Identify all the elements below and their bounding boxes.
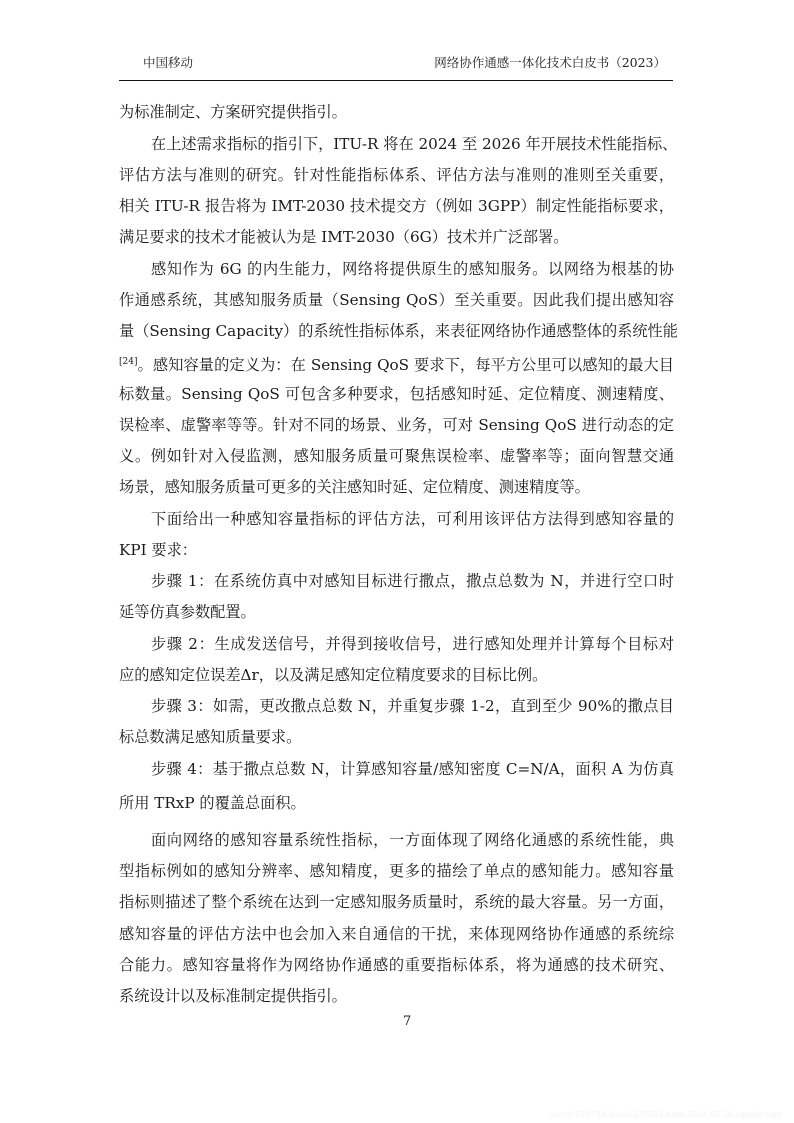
text-line: [24]。感知容量的定义为：在 Sensing QoS 要求下，每平方公里可以感… (119, 351, 674, 373)
text-line-content: 作通感系统，其感知服务质量（Sensing QoS）至关重要。因此我们提出感知容 (119, 291, 674, 309)
text-line-content: 步骤 1：在系统仿真中对感知目标进行撒点，撒点总数为 N，并进行空口时 (151, 572, 674, 590)
text-line-content: 型指标例如的感知分辨率、感知精度，更多的描绘了单点的感知能力。感知容量 (119, 862, 674, 880)
text-line: 所用 TRxP 的覆盖总面积。 (119, 792, 674, 814)
text-line-content: 评估方法与准则的研究。针对性能指标体系、评估方法与准则的准则至关重要， (119, 166, 674, 184)
text-line-content: 为标准制定、方案研究提供指引。 (119, 103, 347, 121)
text-line: 型指标例如的感知分辨率、感知精度，更多的描绘了单点的感知能力。感知容量 (119, 860, 674, 882)
text-line-content: 量（Sensing Capacity）的系统性指标体系，来表征网络协作通感整体的… (119, 322, 678, 340)
text-line-content: 合能力。感知容量将作为网络协作通感的重要指标体系，将为通感的技术研究、 (119, 956, 674, 974)
header-document-title: 网络协作通感一体化技术白皮书（2023） (434, 53, 666, 71)
text-line-content: KPI 要求： (119, 541, 197, 559)
text-line-content: 应的感知定位误差Δr，以及满足感知定位精度要求的目标比例。 (119, 666, 547, 684)
text-line-content: 满足要求的技术才能被认为是 IMT-2030（6G）技术并广泛部署。 (119, 228, 568, 246)
text-line: 量（Sensing Capacity）的系统性指标体系，来表征网络协作通感整体的… (119, 320, 674, 342)
text-line-content: 。感知容量的定义为：在 Sensing QoS 要求下，每平方公里可以感知的最大… (137, 356, 674, 374)
text-line: 延等仿真参数配置。 (119, 601, 674, 623)
text-line: 在上述需求指标的指引下，ITU-R 将在 2024 至 2026 年开展技术性能… (151, 133, 674, 155)
text-line-content: 步骤 3：如需，更改撒点总数 N，并重复步骤 1-2，直到至少 90%的撒点目 (151, 697, 674, 715)
text-line: 场景，感知服务质量可更多的关注感知时延、定位精度、测速精度等。 (119, 476, 674, 498)
text-line-content: 步骤 2：生成发送信号，并得到接收信号，进行感知处理并计算每个目标对 (151, 635, 674, 653)
text-line: 应的感知定位误差Δr，以及满足感知定位精度要求的目标比例。 (119, 664, 674, 686)
text-line-content: 延等仿真参数配置。 (119, 603, 256, 621)
text-line-content: 步骤 4：基于撒点总数 N，计算感知容量/感知密度 C=N/A，面积 A 为仿真 (151, 760, 674, 778)
text-line: 步骤 3：如需，更改撒点总数 N，并重复步骤 1-2，直到至少 90%的撒点目 (151, 695, 674, 717)
text-line-content: 标数量。Sensing QoS 可包含多种要求，包括感知时延、定位精度、测速精度… (119, 385, 674, 403)
watermark: userid:529794,docid:170034,date:2024-03-… (548, 1110, 782, 1119)
text-line: 标数量。Sensing QoS 可包含多种要求，包括感知时延、定位精度、测速精度… (119, 383, 674, 405)
text-line-content: 下面给出一种感知容量指标的评估方法，可利用该评估方法得到感知容量的 (151, 510, 674, 528)
text-line: 满足要求的技术才能被认为是 IMT-2030（6G）技术并广泛部署。 (119, 226, 674, 248)
text-line-content: 感知作为 6G 的内生能力，网络将提供原生的感知服务。以网络为根基的协 (151, 260, 674, 278)
text-line: 步骤 1：在系统仿真中对感知目标进行撒点，撒点总数为 N，并进行空口时 (151, 570, 674, 592)
page-number: 7 (403, 1014, 411, 1029)
text-line: 作通感系统，其感知服务质量（Sensing QoS）至关重要。因此我们提出感知容 (119, 289, 674, 311)
text-line-content: 误检率、虚警率等等。针对不同的场景、业务，可对 Sensing QoS 进行动态… (119, 416, 674, 434)
text-line: KPI 要求： (119, 539, 674, 561)
text-line-content: 系统设计以及标准制定提供指引。 (119, 987, 347, 1005)
text-line: 步骤 4：基于撒点总数 N，计算感知容量/感知密度 C=N/A，面积 A 为仿真 (151, 758, 674, 780)
text-line: 合能力。感知容量将作为网络协作通感的重要指标体系，将为通感的技术研究、 (119, 954, 674, 976)
text-line-content: 在上述需求指标的指引下，ITU-R 将在 2024 至 2026 年开展技术性能… (151, 135, 677, 153)
text-line: 误检率、虚警率等等。针对不同的场景、业务，可对 Sensing QoS 进行动态… (119, 414, 674, 436)
text-line-content: 指标则描述了整个系统在达到一定感知服务质量时，系统的最大容量。另一方面， (119, 893, 674, 911)
text-line: 标总数满足感知质量要求。 (119, 726, 674, 748)
text-line: 相关 ITU-R 报告将为 IMT-2030 技术提交方（例如 3GPP）制定性… (119, 195, 674, 217)
text-line-content: 所用 TRxP 的覆盖总面积。 (119, 794, 306, 812)
text-line: 评估方法与准则的研究。针对性能指标体系、评估方法与准则的准则至关重要， (119, 164, 674, 186)
text-line-content: 场景，感知服务质量可更多的关注感知时延、定位精度、测速精度等。 (119, 478, 590, 496)
text-line-content: 相关 ITU-R 报告将为 IMT-2030 技术提交方（例如 3GPP）制定性… (119, 197, 674, 215)
text-line: 感知作为 6G 的内生能力，网络将提供原生的感知服务。以网络为根基的协 (151, 258, 674, 280)
text-line: 面向网络的感知容量系统性指标，一方面体现了网络化通感的系统性能，典 (151, 829, 674, 851)
citation-reference: [24] (119, 357, 137, 367)
text-line: 义。例如针对入侵监测，感知服务质量可聚焦误检率、虚警率等；面向智慧交通 (119, 445, 674, 467)
text-line-content: 标总数满足感知质量要求。 (119, 728, 301, 746)
header-organization: 中国移动 (143, 53, 193, 71)
text-line: 为标准制定、方案研究提供指引。 (119, 101, 674, 123)
text-line: 系统设计以及标准制定提供指引。 (119, 985, 674, 1007)
document-page: 中国移动 网络协作通感一体化技术白皮书（2023） 为标准制定、方案研究提供指引… (0, 0, 794, 1123)
text-line: 感知容量的评估方法中也会加入来自通信的干扰，来体现网络协作通感的系统综 (119, 923, 674, 945)
text-line-content: 义。例如针对入侵监测，感知服务质量可聚焦误检率、虚警率等；面向智慧交通 (119, 447, 674, 465)
text-line: 指标则描述了整个系统在达到一定感知服务质量时，系统的最大容量。另一方面， (119, 891, 674, 913)
text-line: 步骤 2：生成发送信号，并得到接收信号，进行感知处理并计算每个目标对 (151, 633, 674, 655)
header-divider (119, 80, 673, 81)
text-line-content: 面向网络的感知容量系统性指标，一方面体现了网络化通感的系统性能，典 (151, 831, 674, 849)
text-line-content: 感知容量的评估方法中也会加入来自通信的干扰，来体现网络协作通感的系统综 (119, 925, 674, 943)
text-line: 下面给出一种感知容量指标的评估方法，可利用该评估方法得到感知容量的 (151, 508, 674, 530)
